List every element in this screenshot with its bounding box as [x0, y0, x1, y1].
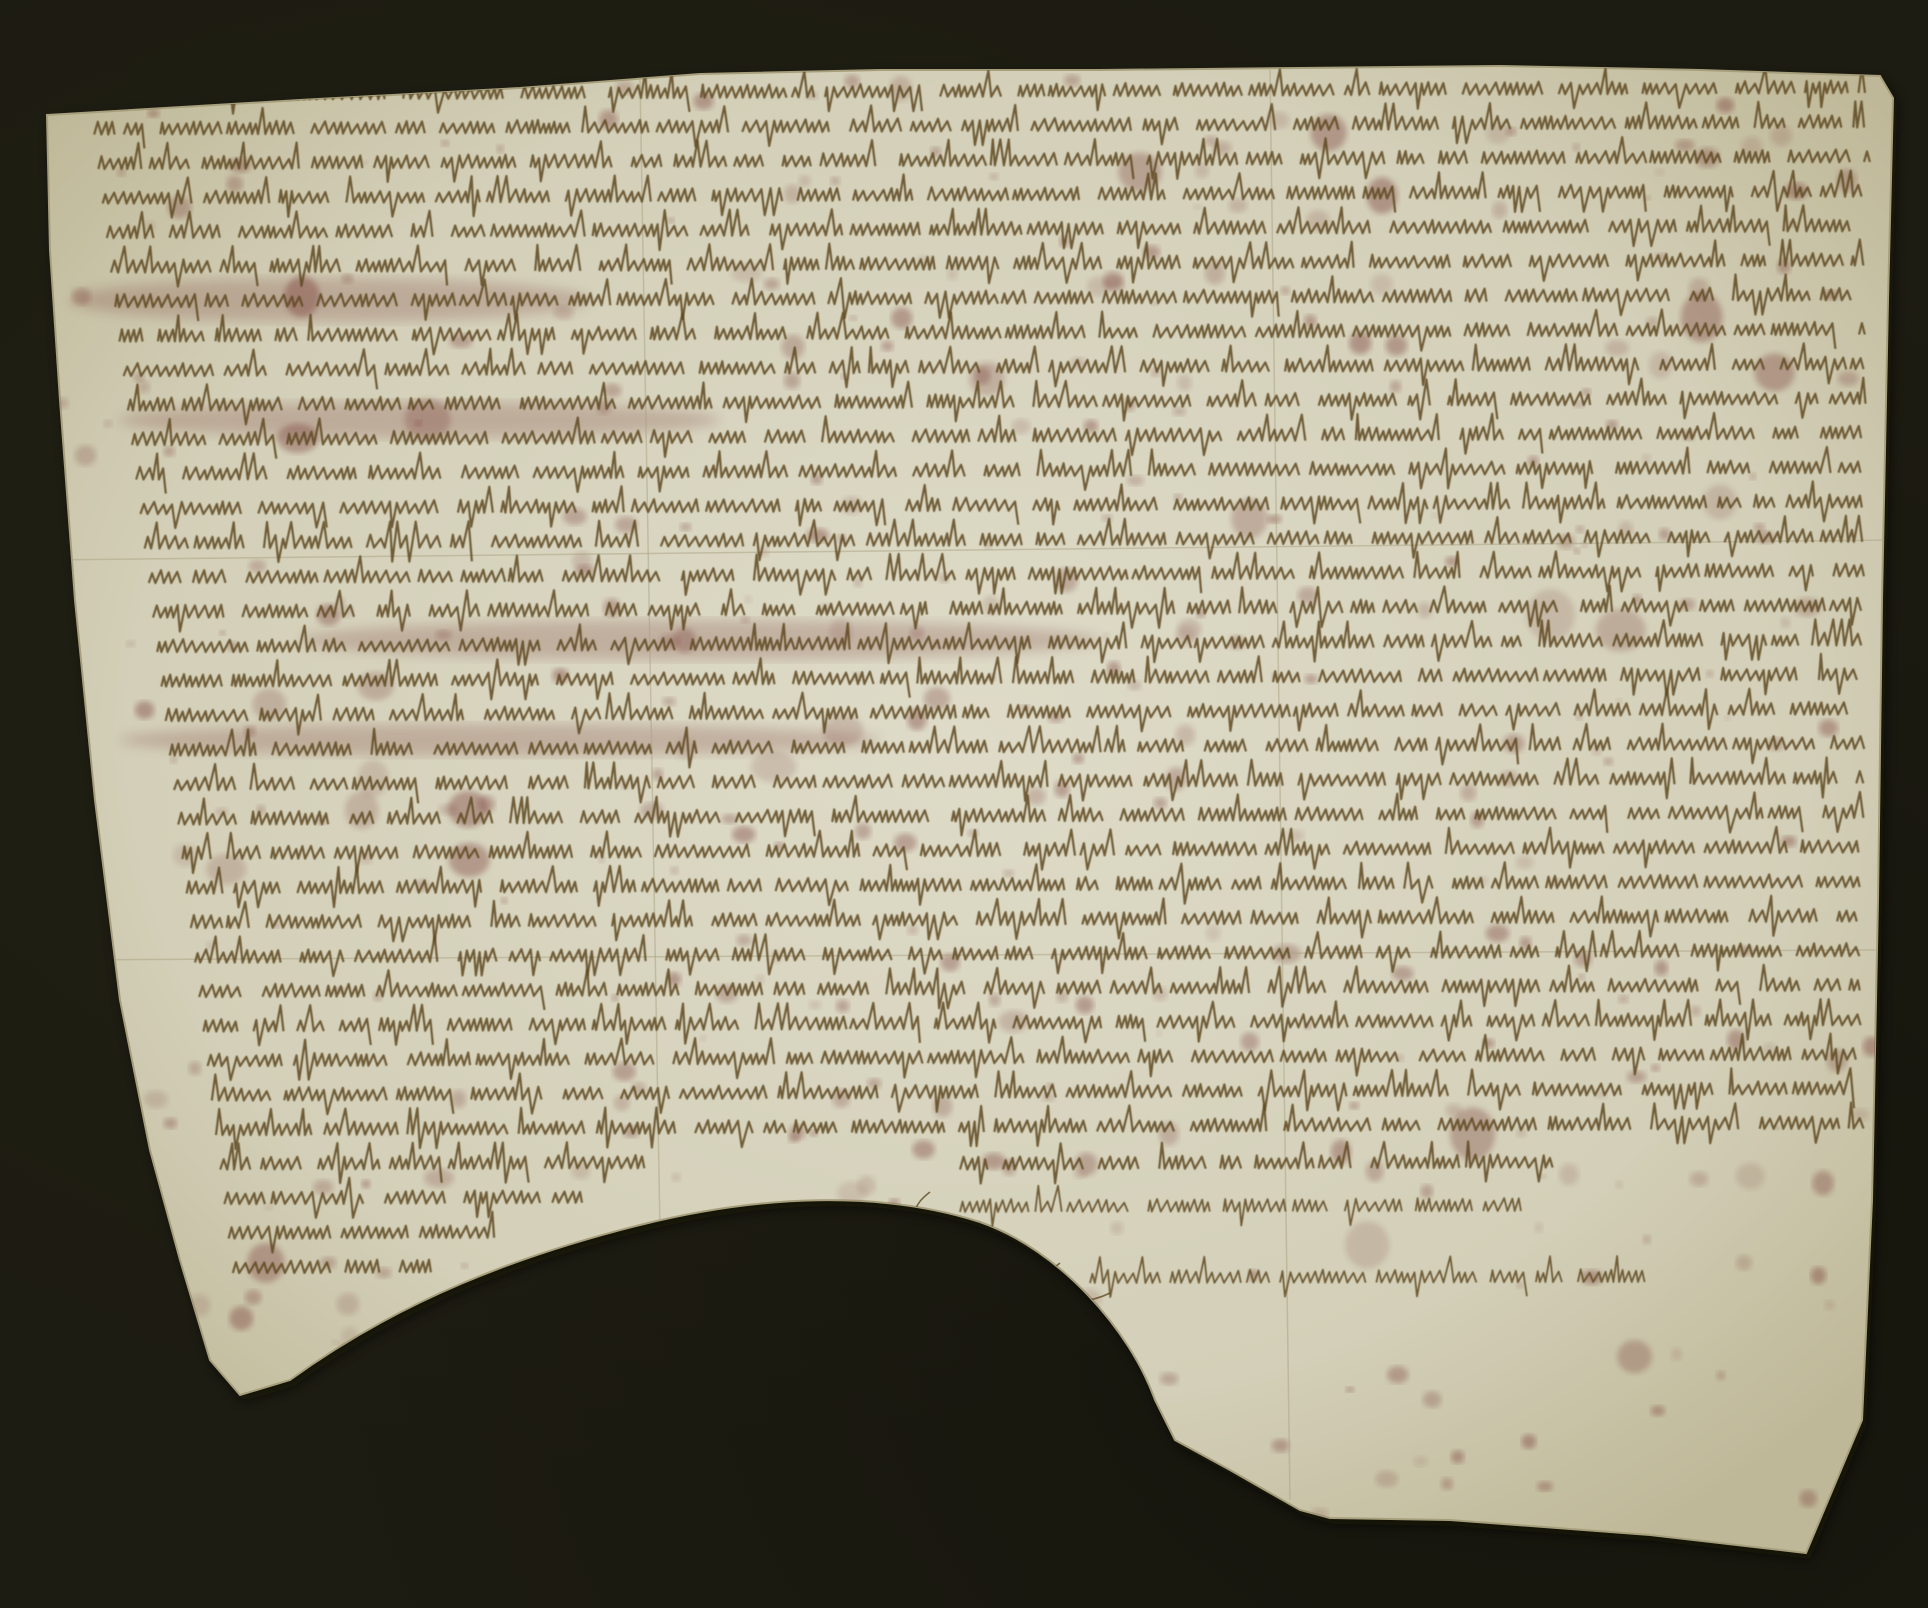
manuscript-photograph [0, 0, 1928, 1608]
parchment-sheet [0, 0, 1928, 1608]
